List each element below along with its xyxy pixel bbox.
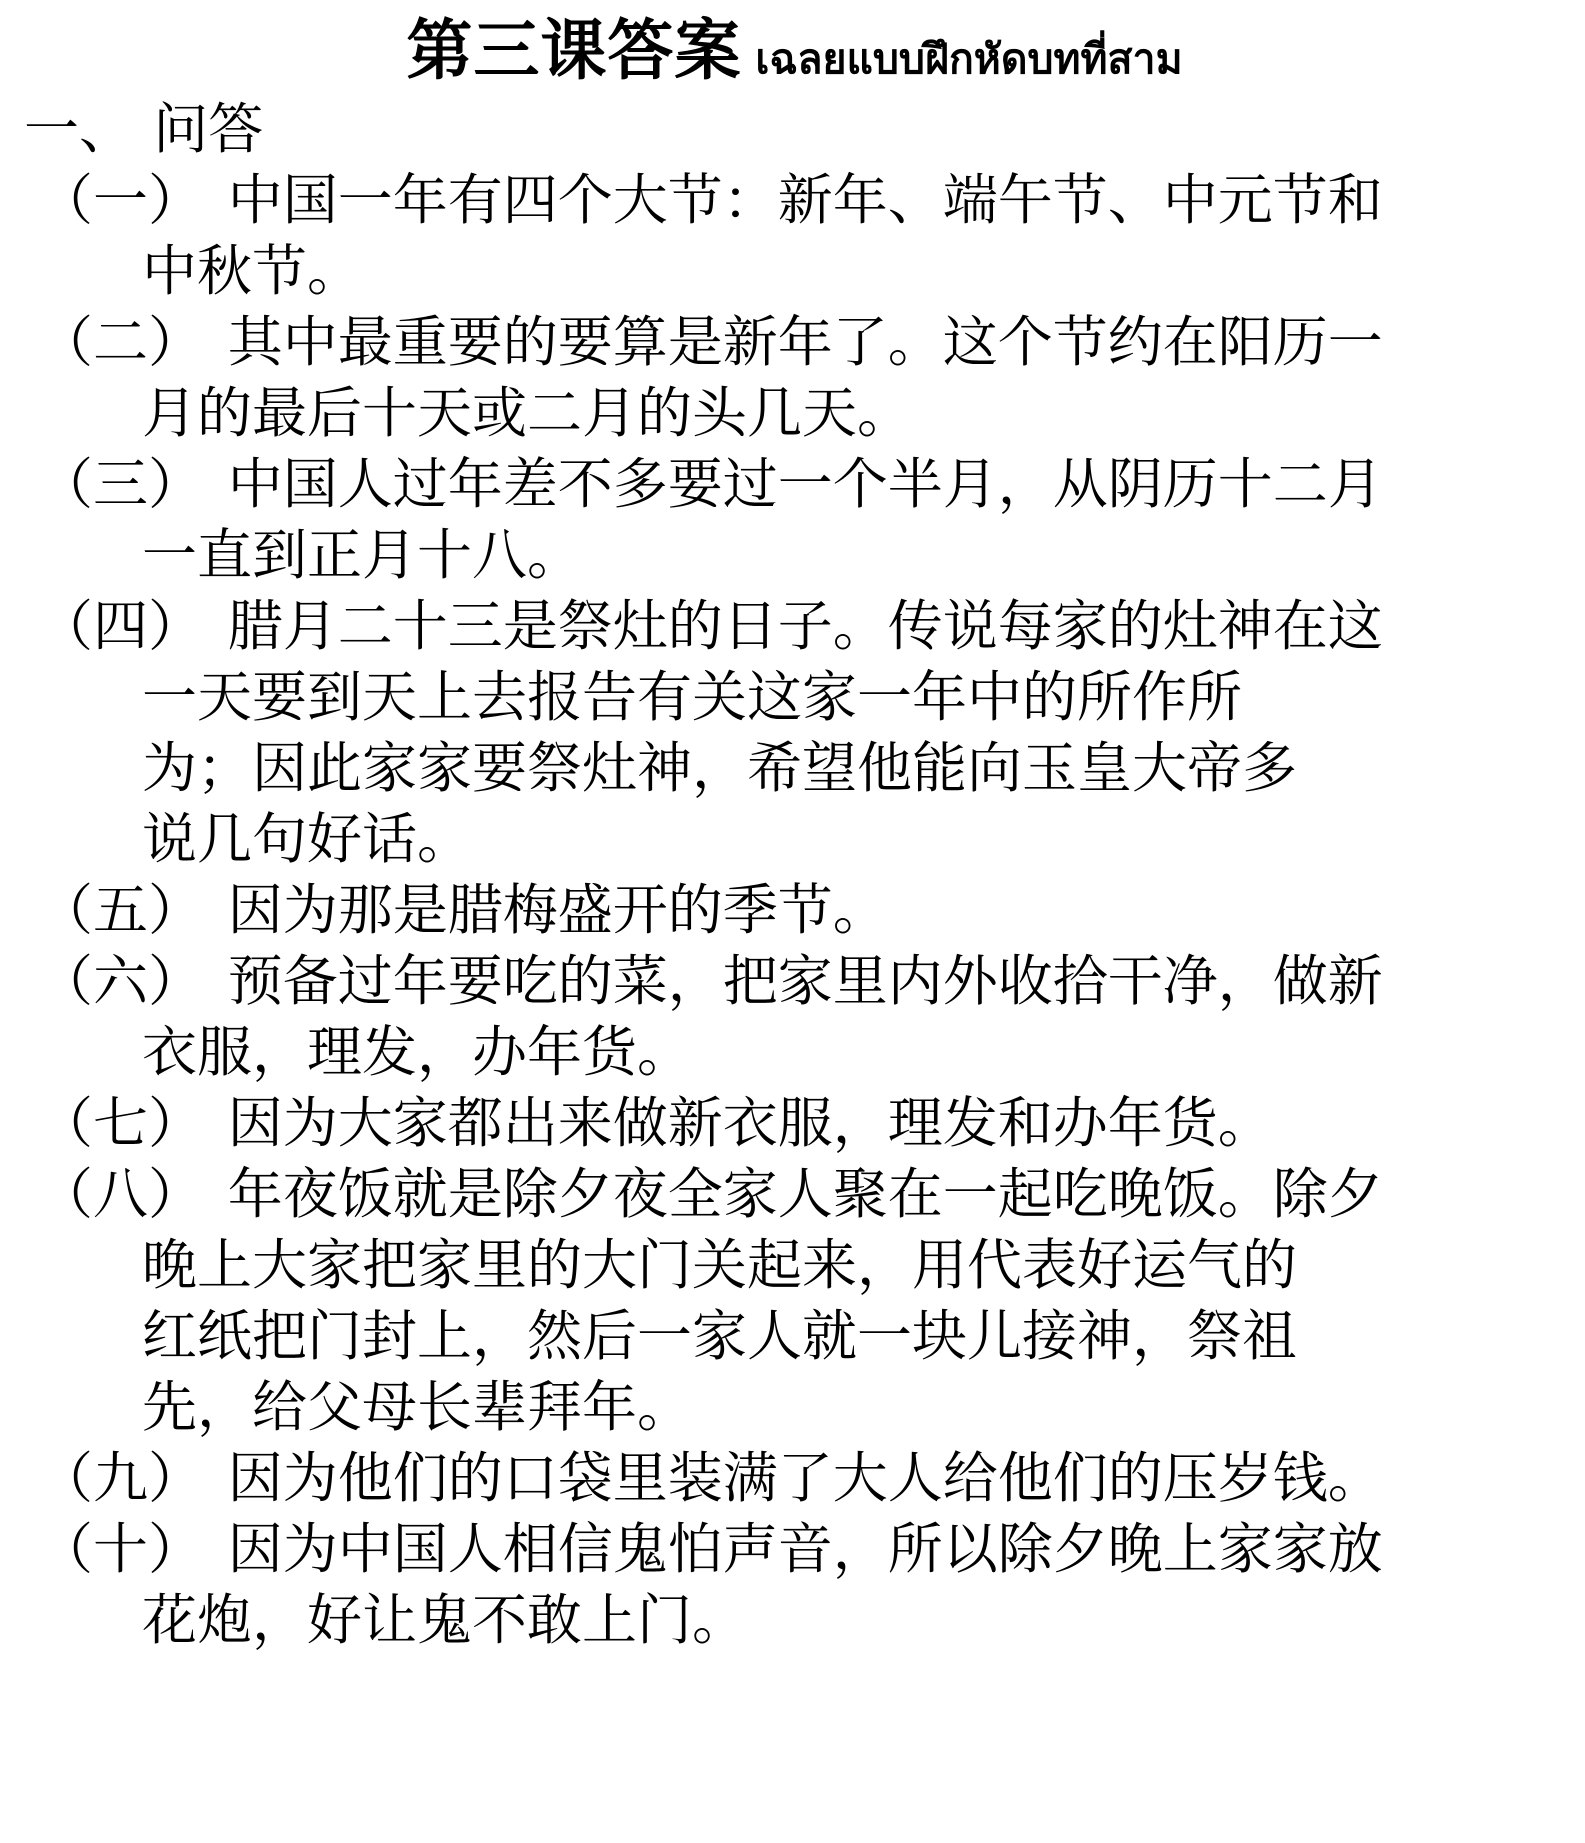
qa-item-continuation-line: 一直到正月十八。 (142, 520, 1565, 591)
qa-item: （八）年夜饭就是除夕夜全家人聚在一起吃晚饭。除夕 晚上大家把家里的大门关起来，用… (38, 1159, 1565, 1443)
qa-item-text: 年夜饭就是除夕夜全家人聚在一起吃晚饭。除夕 (228, 1164, 1383, 1225)
qa-item: （三）中国人过年差不多要过一个半月，从阴历十二月 一直到正月十八。 (38, 449, 1565, 591)
qa-item: （五）因为那是腊梅盛开的季节。 (38, 875, 1565, 946)
qa-item-first-line: （四）腊月二十三是祭灶的日子。传说每家的灶神在这 (38, 591, 1565, 662)
qa-item-text: 因为他们的口袋里装满了大人给他们的压岁钱。 (228, 1448, 1383, 1509)
qa-item: （七）因为大家都出来做新衣服，理发和办年货。 (38, 1088, 1565, 1159)
qa-item-continuation-line: 一天要到天上去报告有关这家一年中的所作所 (142, 662, 1565, 733)
qa-item: （九）因为他们的口袋里装满了大人给他们的压岁钱。 (38, 1443, 1565, 1514)
qa-item-continuation-line: 为；因此家家要祭灶神，希望他能向玉皇大帝多 (142, 733, 1565, 804)
qa-item-text: 因为那是腊梅盛开的季节。 (228, 880, 888, 941)
title-chinese: 第三课答案 (406, 15, 741, 88)
qa-item-label: （五） (38, 880, 203, 941)
qa-item-label: （十） (38, 1519, 203, 1580)
qa-item: （一）中国一年有四个大节：新年、端午节、中元节和 中秋节。 (38, 165, 1565, 307)
qa-item-first-line: （二）其中最重要的要算是新年了。这个节约在阳历一 (38, 307, 1565, 378)
qa-item-first-line: （五）因为那是腊梅盛开的季节。 (38, 875, 1565, 946)
qa-item: （十）因为中国人相信鬼怕声音，所以除夕晚上家家放 花炮，好让鬼不敢上门。 (38, 1514, 1565, 1656)
section-heading: 一、问答 (24, 94, 1565, 165)
qa-item-continuation-line: 中秋节。 (142, 236, 1565, 307)
qa-item-text: 腊月二十三是祭灶的日子。传说每家的灶神在这 (228, 596, 1383, 657)
qa-item-first-line: （八）年夜饭就是除夕夜全家人聚在一起吃晚饭。除夕 (38, 1159, 1565, 1230)
qa-item-first-line: （七）因为大家都出来做新衣服，理发和办年货。 (38, 1088, 1565, 1159)
qa-item-continuation-line: 晚上大家把家里的大门关起来，用代表好运气的 (142, 1230, 1565, 1301)
title-thai: เฉลยแบบฝึกหัดบทที่สาม (755, 36, 1182, 82)
qa-item-text: 其中最重要的要算是新年了。这个节约在阳历一 (228, 312, 1383, 373)
qa-item-label: （三） (38, 454, 203, 515)
qa-item: （二）其中最重要的要算是新年了。这个节约在阳历一 月的最后十天或二月的头几天。 (38, 307, 1565, 449)
qa-item-first-line: （一）中国一年有四个大节：新年、端午节、中元节和 (38, 165, 1565, 236)
qa-item-label: （六） (38, 951, 203, 1012)
qa-item: （六）预备过年要吃的菜，把家里内外收拾干净，做新 衣服，理发，办年货。 (38, 946, 1565, 1088)
qa-item-text: 预备过年要吃的菜，把家里内外收拾干净，做新 (228, 951, 1383, 1012)
qa-item-first-line: （三）中国人过年差不多要过一个半月，从阴历十二月 (38, 449, 1565, 520)
qa-item-label: （二） (38, 312, 203, 373)
qa-item-text: 中国一年有四个大节：新年、端午节、中元节和 (228, 170, 1383, 231)
qa-item-continuation-line: 月的最后十天或二月的头几天。 (142, 378, 1565, 449)
section-number: 一、 (24, 99, 134, 160)
qa-item-continuation-line: 先，给父母长辈拜年。 (142, 1372, 1565, 1443)
qa-item-continuation-line: 花炮，好让鬼不敢上门。 (142, 1585, 1565, 1656)
qa-item-text: 因为中国人相信鬼怕声音，所以除夕晚上家家放 (228, 1519, 1383, 1580)
qa-item-first-line: （六）预备过年要吃的菜，把家里内外收拾干净，做新 (38, 946, 1565, 1017)
qa-item-label: （九） (38, 1448, 203, 1509)
section-word: 问答 (153, 99, 263, 160)
qa-item-continuation-line: 说几句好话。 (142, 804, 1565, 875)
qa-item-label: （七） (38, 1093, 203, 1154)
qa-item-text: 因为大家都出来做新衣服，理发和办年货。 (228, 1093, 1273, 1154)
qa-item-first-line: （十）因为中国人相信鬼怕声音，所以除夕晚上家家放 (38, 1514, 1565, 1585)
qa-list: （一）中国一年有四个大节：新年、端午节、中元节和 中秋节。 （二）其中最重要的要… (38, 165, 1565, 1656)
qa-item-label: （一） (38, 170, 203, 231)
document-page: 第三课答案เฉลยแบบฝึกหัดบทที่สาม 一、问答 （一）中国一年有… (0, 0, 1585, 1843)
qa-item-label: （四） (38, 596, 203, 657)
qa-item-text: 中国人过年差不多要过一个半月，从阴历十二月 (228, 454, 1383, 515)
qa-item-continuation-line: 衣服，理发，办年货。 (142, 1017, 1565, 1088)
qa-item-label: （八） (38, 1164, 203, 1225)
qa-item-first-line: （九）因为他们的口袋里装满了大人给他们的压岁钱。 (38, 1443, 1565, 1514)
page-title: 第三课答案เฉลยแบบฝึกหัดบทที่สาม (24, 14, 1565, 90)
qa-item: （四）腊月二十三是祭灶的日子。传说每家的灶神在这 一天要到天上去报告有关这家一年… (38, 591, 1565, 875)
qa-item-continuation-line: 红纸把门封上，然后一家人就一块儿接神，祭祖 (142, 1301, 1565, 1372)
